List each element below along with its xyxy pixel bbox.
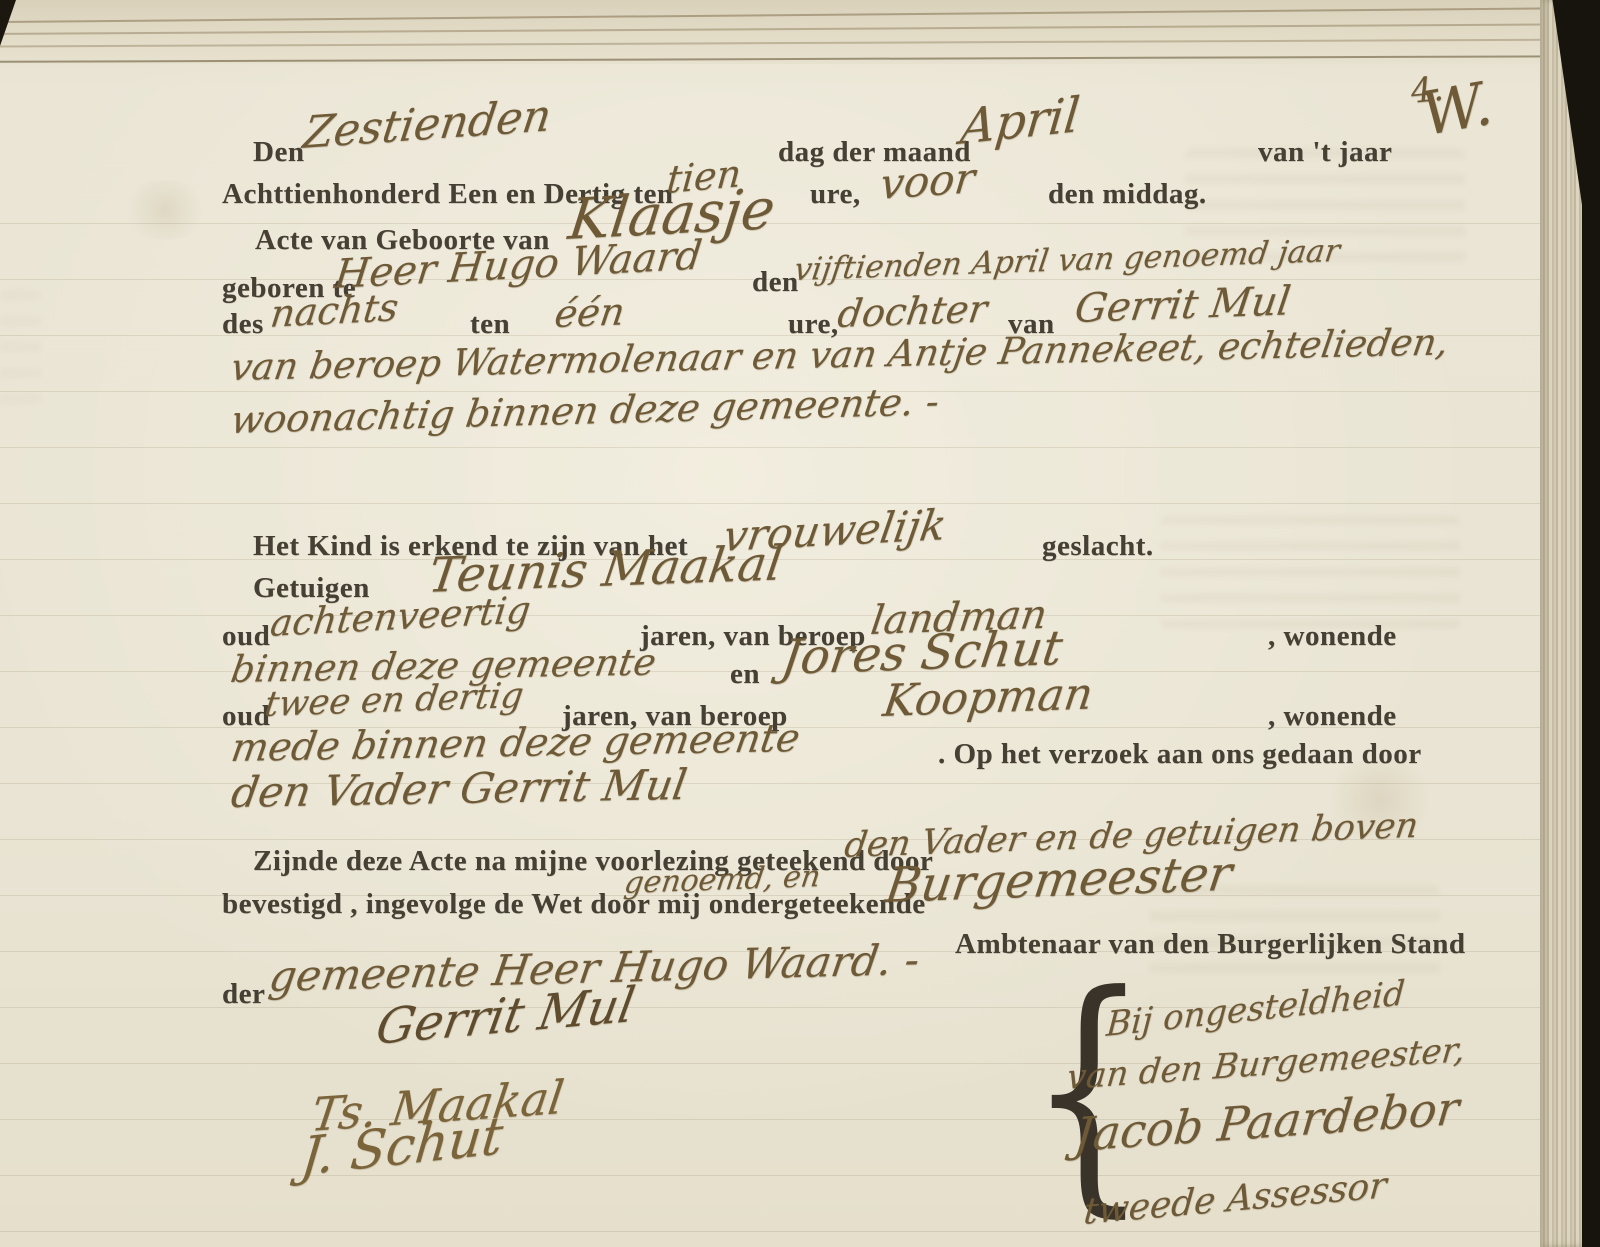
label-en: en <box>730 658 760 691</box>
entry-birth-hour: één <box>552 289 628 336</box>
page-edge-line <box>0 38 1600 47</box>
label-verzoek: . Op het verzoek aan ons gedaan door <box>938 738 1422 771</box>
page-edge-line <box>0 7 1600 23</box>
label-wonende-1: , wonende <box>1268 620 1397 653</box>
label-van-t-jaar: van 't jaar <box>1258 136 1392 169</box>
page-edge-line <box>0 23 1600 35</box>
label-ten: ten <box>470 308 510 341</box>
label-des: des <box>222 308 264 341</box>
label-den: Den <box>253 136 304 169</box>
label-wonende-2: , wonende <box>1268 700 1397 733</box>
label-geslacht: geslacht. <box>1042 530 1154 563</box>
entry-relation: dochter <box>835 287 990 336</box>
entry-witness2-occupation: Koopman <box>880 668 1096 727</box>
entry-daypart: voor <box>878 153 977 209</box>
book-right-page-edges <box>1540 0 1582 1247</box>
label-bevestigd: bevestigd , ingevolge de Wet door mij on… <box>222 888 926 921</box>
label-den-middag: den middag. <box>1048 178 1207 211</box>
folio-letter: W. <box>1416 69 1497 150</box>
entry-requester: den Vader Gerrit Mul <box>228 760 690 817</box>
entry-birth-daypart: nachts <box>268 285 401 336</box>
page-edge-line <box>0 55 1600 63</box>
label-ure-1: ure, <box>810 178 861 211</box>
label-der: der <box>222 978 265 1011</box>
book-top-page-edges <box>0 0 1600 64</box>
label-voorlezing: Zijnde deze Acte na mijne voorlezing get… <box>253 845 933 878</box>
